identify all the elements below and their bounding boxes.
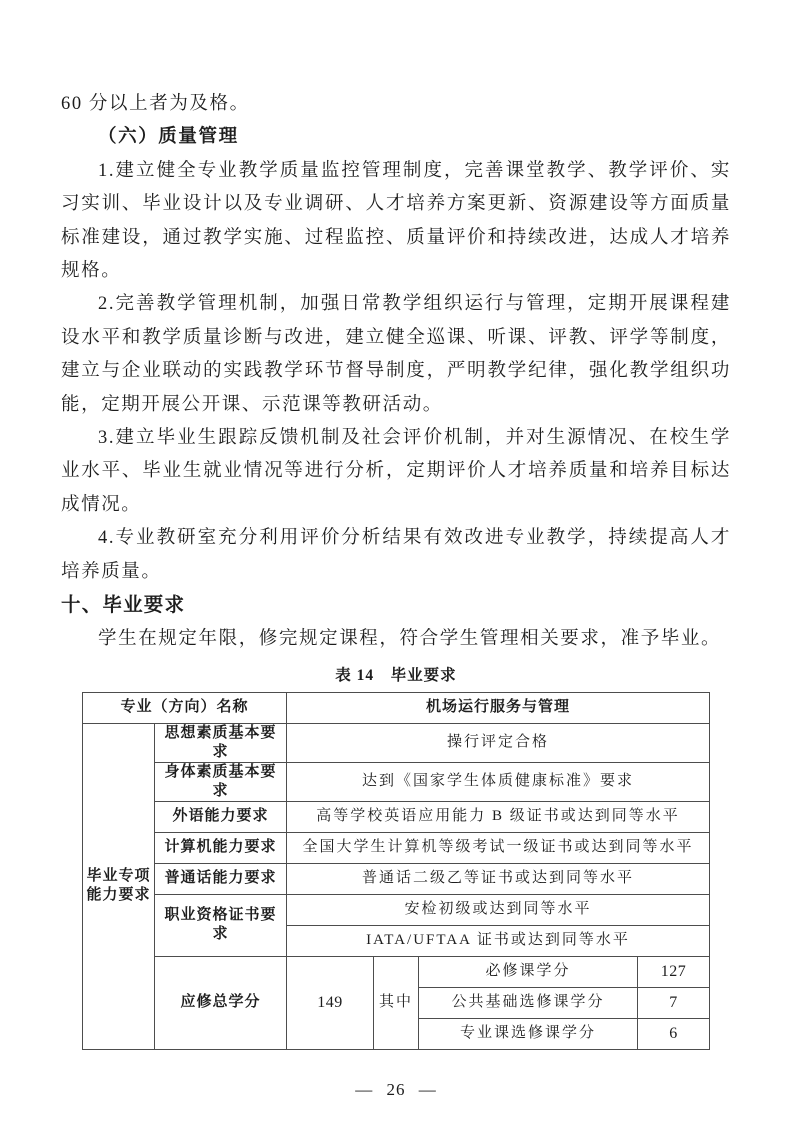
table-row-mandarin: 普通话能力要求 普通话二级乙等证书或达到同等水平 <box>82 863 709 894</box>
group-label-cell: 毕业专项能力要求 <box>82 723 154 1049</box>
document-page: 60 分以上者为及格。 （六）质量管理 1.建立健全专业教学质量监控管理制度，完… <box>0 0 793 1122</box>
credits-item-value-cell: 7 <box>638 987 710 1018</box>
row-value-cell: IATA/UFTAA 证书或达到同等水平 <box>287 925 710 956</box>
credits-among-cell: 其中 <box>374 956 419 1049</box>
page-content: 60 分以上者为及格。 （六）质量管理 1.建立健全专业教学质量监控管理制度，完… <box>0 0 793 1102</box>
row-label-cell: 身体素质基本要求 <box>154 762 286 801</box>
quality-paragraph-4: 4.专业教研室充分利用评价分析结果有效改进专业教学，持续提高人才培养质量。 <box>61 522 731 589</box>
row-label-cell: 思想素质基本要求 <box>154 723 286 762</box>
table-row-computer: 计算机能力要求 全国大学生计算机等级考试一级证书或达到同等水平 <box>82 832 709 863</box>
row-value-cell: 全国大学生计算机等级考试一级证书或达到同等水平 <box>287 832 710 863</box>
header-label-cell: 专业（方向）名称 <box>82 692 286 723</box>
page-number: — 26 — <box>355 1080 437 1099</box>
graduation-requirements-table: 专业（方向）名称 机场运行服务与管理 毕业专项能力要求 思想素质基本要求 操行评… <box>82 692 710 1050</box>
table-header-row: 专业（方向）名称 机场运行服务与管理 <box>82 692 709 723</box>
paragraph-continuation: 60 分以上者为及格。 <box>61 88 731 121</box>
header-value-cell: 机场运行服务与管理 <box>287 692 710 723</box>
credits-item-name-cell: 必修课学分 <box>419 956 638 987</box>
row-value-cell: 操行评定合格 <box>287 723 710 762</box>
section-heading-graduation-requirements: 十、毕业要求 <box>61 589 731 622</box>
row-label-cell: 外语能力要求 <box>154 801 286 832</box>
quality-paragraph-2: 2.完善教学管理机制，加强日常教学组织运行与管理，定期开展课程建设水平和教学质量… <box>61 288 731 422</box>
table-row-ideology: 毕业专项能力要求 思想素质基本要求 操行评定合格 <box>82 723 709 762</box>
table-row-vocational-cert-1: 职业资格证书要求 安检初级或达到同等水平 <box>82 894 709 925</box>
row-value-cell: 普通话二级乙等证书或达到同等水平 <box>287 863 710 894</box>
section-heading-quality-management: （六）质量管理 <box>61 121 731 154</box>
credits-item-name-cell: 专业课选修课学分 <box>419 1018 638 1049</box>
table-row-credits-required: 应修总学分 149 其中 必修课学分 127 <box>82 956 709 987</box>
credits-item-value-cell: 127 <box>638 956 710 987</box>
row-label-cell: 计算机能力要求 <box>154 832 286 863</box>
row-value-cell: 安检初级或达到同等水平 <box>287 894 710 925</box>
quality-paragraph-3: 3.建立毕业生跟踪反馈机制及社会评价机制，并对生源情况、在校生学业水平、毕业生就… <box>61 422 731 522</box>
table-row-physical: 身体素质基本要求 达到《国家学生体质健康标准》要求 <box>82 762 709 801</box>
quality-paragraph-1: 1.建立健全专业教学质量监控管理制度，完善课堂教学、教学评价、实习实训、毕业设计… <box>61 155 731 289</box>
credits-total-cell: 149 <box>287 956 374 1049</box>
credits-label-cell: 应修总学分 <box>154 956 286 1049</box>
row-label-cell: 普通话能力要求 <box>154 863 286 894</box>
table-caption: 表 14 毕业要求 <box>61 666 731 686</box>
table-row-foreign-language: 外语能力要求 高等学校英语应用能力 B 级证书或达到同等水平 <box>82 801 709 832</box>
page-footer: — 26 — <box>61 1078 731 1102</box>
credits-item-value-cell: 6 <box>638 1018 710 1049</box>
graduation-paragraph: 学生在规定年限，修完规定课程，符合学生管理相关要求，准予毕业。 <box>61 623 731 656</box>
credits-item-name-cell: 公共基础选修课学分 <box>419 987 638 1018</box>
row-label-cell: 职业资格证书要求 <box>154 894 286 956</box>
row-value-cell: 高等学校英语应用能力 B 级证书或达到同等水平 <box>287 801 710 832</box>
row-value-cell: 达到《国家学生体质健康标准》要求 <box>287 762 710 801</box>
